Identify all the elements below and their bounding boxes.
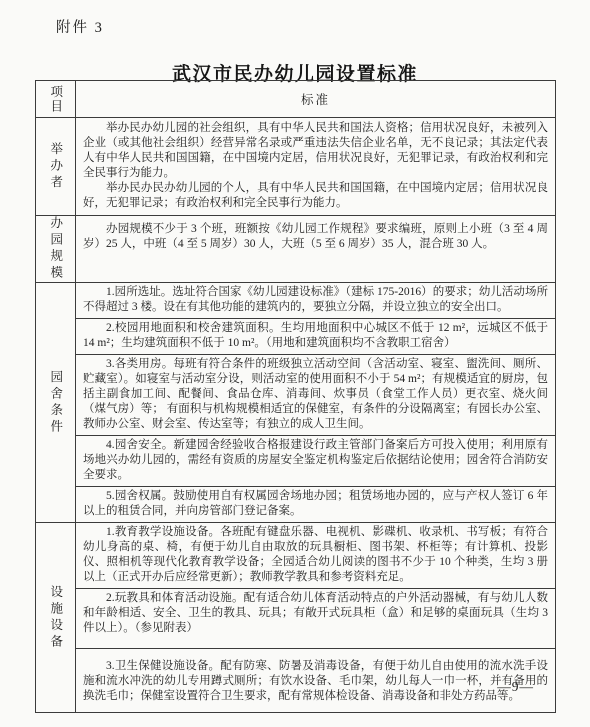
standard-paragraph: 5.园舍权属。鼓励使用自有权属园舍场地办园；租赁场地办园的，应与产权人签订 6 … bbox=[83, 489, 548, 519]
page-number: —9— bbox=[497, 679, 534, 695]
standard-sub-item: 3.各类用房。每班有符合条件的班级独立活动空间（含活动室、寝室、盥洗间、厕所、贮… bbox=[76, 355, 555, 436]
standard-paragraph: 4.园舍安全。新建园舍经验收合格报建设行政主管部门备案后方可投入使用；利用原有场… bbox=[83, 438, 548, 483]
table-row-organizer: 举办者 举办民办幼儿园的社会组织，具有中华人民共和国法人资格；信用状况良好，未被… bbox=[36, 117, 555, 215]
standard-paragraph: 1.教育教学设施设备。各班配有键盘乐器、电视机、影碟机、收录机、书写板；有符合幼… bbox=[83, 525, 548, 585]
standard-sub-item: 4.园舍安全。新建园舍经验收合格报建设行政主管部门备案后方可投入使用；利用原有场… bbox=[76, 436, 555, 487]
standards-table: 项目 标准 举办者 举办民办幼儿园的社会组织，具有中华人民共和国法人资格；信用状… bbox=[35, 80, 556, 713]
standard-sub-item: 2.玩教具和体育活动设施。配有适合幼儿体育活动特点的户外活动器械，有与幼儿人数和… bbox=[76, 589, 555, 649]
scanned-document-page: { "page": { "attachment_label": "附件 3", … bbox=[0, 0, 590, 727]
row-content-premises: 1.园所选址。选址符合国家《幼儿园建设标准》（建标 175-2016）的要求；幼… bbox=[76, 283, 555, 522]
row-label-facilities: 设施设备 bbox=[49, 585, 62, 651]
table-row-premises: 园舍条件 1.园所选址。选址符合国家《幼儿园建设标准》（建标 175-2016）… bbox=[36, 282, 555, 522]
standard-paragraph: 2.玩教具和体育活动设施。配有适合幼儿体育活动特点的户外活动器械，有与幼儿人数和… bbox=[83, 591, 548, 636]
header-standard-cell: 标准 bbox=[76, 81, 555, 117]
row-label-premises: 园舍条件 bbox=[49, 370, 62, 436]
table-row-scale: 办园规模 办园规模不少于 3 个班，班额按《幼儿园工作规程》要求编班，原则上小班… bbox=[36, 215, 555, 282]
standard-sub-item: 2.校园用地面积和校舍建筑面积。生均用地面积中心城区不低于 12 m²，远城区不… bbox=[76, 319, 555, 355]
standard-sub-item: 3.卫生保健设施设备。配有防寒、防暑及消毒设备，有便于幼儿自由使用的流水洗手设施… bbox=[76, 649, 555, 712]
row-label-cell: 园舍条件 bbox=[36, 283, 76, 522]
standard-paragraph: 举办民办民办幼儿园的个人，具有中华人民共和国国籍，在中国境内定居；信用状况良好，… bbox=[83, 181, 548, 211]
standard-paragraph: 举办民办幼儿园的社会组织，具有中华人民共和国法人资格；信用状况良好，未被列入企业… bbox=[83, 121, 548, 181]
standard-paragraph: 2.校园用地面积和校舍建筑面积。生均用地面积中心城区不低于 12 m²，远城区不… bbox=[83, 321, 548, 351]
standard-paragraph: 1.园所选址。选址符合国家《幼儿园建设标准》（建标 175-2016）的要求；幼… bbox=[83, 285, 548, 315]
standard-paragraph: 3.各类用房。每班有符合条件的班级独立活动空间（含活动室、寝室、盥洗间、厕所、贮… bbox=[83, 357, 548, 432]
row-content-scale: 办园规模不少于 3 个班，班额按《幼儿园工作规程》要求编班，原则上小班（3 至 … bbox=[76, 216, 555, 282]
row-label-organizer: 举办者 bbox=[49, 142, 62, 192]
table-row-facilities: 设施设备 1.教育教学设施设备。各班配有键盘乐器、电视机、影碟机、收录机、书写板… bbox=[36, 522, 555, 712]
header-item-cell: 项目 bbox=[36, 81, 76, 117]
standard-paragraph: 办园规模不少于 3 个班，班额按《幼儿园工作规程》要求编班，原则上小班（3 至 … bbox=[83, 222, 548, 252]
row-label-cell: 举办者 bbox=[36, 118, 76, 215]
header-item-label: 项目 bbox=[49, 85, 62, 114]
row-content-organizer: 举办民办幼儿园的社会组织，具有中华人民共和国法人资格；信用状况良好，未被列入企业… bbox=[76, 118, 555, 215]
standard-sub-item: 5.园舍权属。鼓励使用自有权属园舍场地办园；租赁场地办园的，应与产权人签订 6 … bbox=[76, 487, 555, 522]
row-label-scale: 办园规模 bbox=[49, 216, 62, 282]
row-label-cell: 设施设备 bbox=[36, 523, 76, 712]
table-header-row: 项目 标准 bbox=[36, 81, 555, 117]
header-standard-label: 标准 bbox=[301, 90, 330, 108]
row-content-facilities: 1.教育教学设施设备。各班配有键盘乐器、电视机、影碟机、收录机、书写板；有符合幼… bbox=[76, 523, 555, 712]
standard-paragraph: 3.卫生保健设施设备。配有防寒、防暑及消毒设备，有便于幼儿自由使用的流水洗手设施… bbox=[83, 659, 548, 704]
row-label-cell: 办园规模 bbox=[36, 216, 76, 282]
attachment-label: 附件 3 bbox=[56, 16, 104, 37]
standard-sub-item: 1.教育教学设施设备。各班配有键盘乐器、电视机、影碟机、收录机、书写板；有符合幼… bbox=[76, 523, 555, 589]
standard-sub-item: 1.园所选址。选址符合国家《幼儿园建设标准》（建标 175-2016）的要求；幼… bbox=[76, 283, 555, 319]
